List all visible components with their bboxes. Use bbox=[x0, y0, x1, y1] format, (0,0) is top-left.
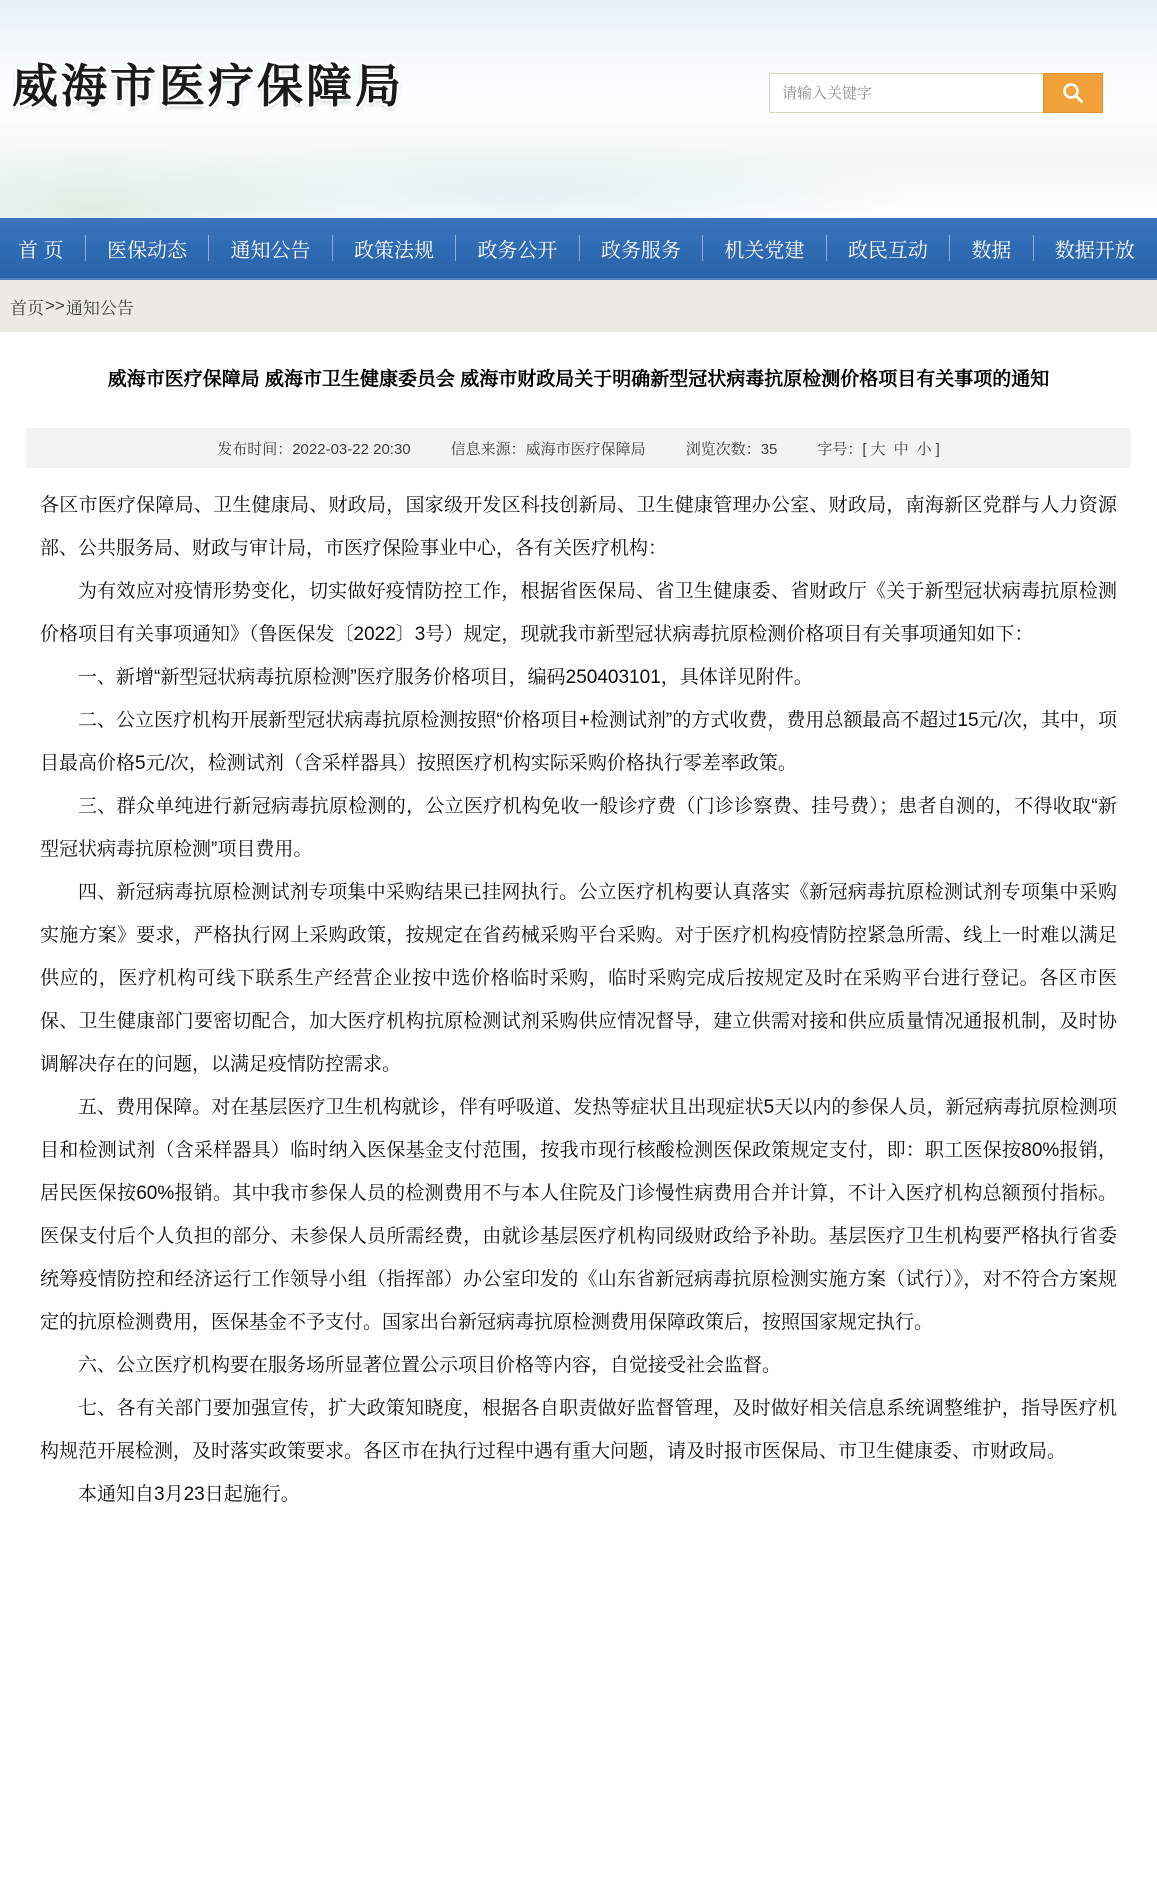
paragraph-item-3: 三、群众单纯进行新冠病毒抗原检测的，公立医疗机构免收一般诊疗费（门诊诊察费、挂号… bbox=[40, 785, 1117, 871]
nav-separator bbox=[702, 235, 703, 261]
breadcrumb: 首页 >> 通知公告 bbox=[0, 278, 1157, 332]
nav-separator bbox=[208, 235, 209, 261]
nav-separator bbox=[949, 235, 950, 261]
paragraph-intro: 为有效应对疫情形势变化，切实做好疫情防控工作，根据省医保局、省卫生健康委、省财政… bbox=[40, 570, 1117, 656]
nav-item-gov-open[interactable]: 政务公开 bbox=[469, 234, 565, 263]
paragraph-item-4: 四、新冠病毒抗原检测试剂专项集中采购结果已挂网执行。公立医疗机构要认真落实《新冠… bbox=[40, 871, 1117, 1086]
font-size-large[interactable]: 大 bbox=[871, 441, 886, 458]
nav-item-open-data[interactable]: 数据开放 bbox=[1047, 234, 1143, 263]
paragraph-item-6: 六、公立医疗机构要在服务场所显著位置公示项目价格等内容，自觉接受社会监督。 bbox=[40, 1344, 1117, 1387]
nav-item-data[interactable]: 数据 bbox=[963, 234, 1019, 263]
breadcrumb-separator: >> bbox=[45, 296, 65, 316]
search-input[interactable] bbox=[769, 73, 1043, 113]
font-size-control: 字号：[大中小] bbox=[817, 438, 939, 459]
nav-separator bbox=[85, 235, 86, 261]
nav-item-home[interactable]: 首 页 bbox=[10, 234, 72, 263]
site-header: 威海市医疗保障局 bbox=[0, 0, 1157, 218]
site-logo: 威海市医疗保障局 bbox=[12, 50, 404, 116]
nav-item-notices[interactable]: 通知公告 bbox=[223, 234, 319, 263]
nav-item-medical-news[interactable]: 医保动态 bbox=[99, 234, 195, 263]
nav-separator bbox=[579, 235, 580, 261]
article-body: 各区市医疗保障局、卫生健康局、财政局，国家级开发区科技创新局、卫生健康管理办公室… bbox=[40, 484, 1117, 1516]
breadcrumb-home-link[interactable]: 首页 bbox=[10, 294, 44, 319]
article-meta: 发布时间：2022-03-22 20:30 信息来源：威海市医疗保障局 浏览次数… bbox=[26, 428, 1131, 468]
site-search bbox=[769, 73, 1103, 113]
font-size-medium[interactable]: 中 bbox=[894, 441, 909, 458]
article: 威海市医疗保障局 威海市卫生健康委员会 威海市财政局关于明确新型冠状病毒抗原检测… bbox=[0, 332, 1157, 1536]
paragraph-effective-date: 本通知自3月23日起施行。 bbox=[40, 1473, 1117, 1516]
nav-separator bbox=[455, 235, 456, 261]
article-title: 威海市医疗保障局 威海市卫生健康委员会 威海市财政局关于明确新型冠状病毒抗原检测… bbox=[40, 368, 1117, 392]
breadcrumb-section-link[interactable]: 通知公告 bbox=[66, 294, 134, 319]
search-button[interactable] bbox=[1043, 73, 1103, 113]
paragraph-item-7: 七、各有关部门要加强宣传，扩大政策知晓度，根据各自职责做好监督管理，及时做好相关… bbox=[40, 1387, 1117, 1473]
paragraph-addressees: 各区市医疗保障局、卫生健康局、财政局，国家级开发区科技创新局、卫生健康管理办公室… bbox=[40, 484, 1117, 570]
nav-separator bbox=[1033, 235, 1034, 261]
nav-item-public-interaction[interactable]: 政民互动 bbox=[840, 234, 936, 263]
paragraph-item-5: 五、费用保障。对在基层医疗卫生机构就诊，伴有呼吸道、发热等症状且出现症状5天以内… bbox=[40, 1086, 1117, 1344]
font-size-small[interactable]: 小 bbox=[917, 441, 932, 458]
nav-separator bbox=[826, 235, 827, 261]
nav-separator bbox=[332, 235, 333, 261]
main-nav: 首 页 医保动态 通知公告 政策法规 政务公开 政务服务 机关党建 政民互动 数… bbox=[0, 218, 1157, 278]
paragraph-item-1: 一、新增“新型冠状病毒抗原检测”医疗服务价格项目，编码250403101，具体详… bbox=[40, 656, 1117, 699]
search-icon bbox=[1060, 80, 1086, 106]
paragraph-item-2: 二、公立医疗机构开展新型冠状病毒抗原检测按照“价格项目+检测试剂”的方式收费，费… bbox=[40, 699, 1117, 785]
info-source: 信息来源：威海市医疗保障局 bbox=[451, 438, 646, 459]
nav-item-party-building[interactable]: 机关党建 bbox=[716, 234, 812, 263]
nav-item-policies[interactable]: 政策法规 bbox=[346, 234, 442, 263]
view-count: 浏览次数：35 bbox=[686, 438, 778, 459]
publish-time: 发布时间：2022-03-22 20:30 bbox=[217, 438, 410, 459]
nav-item-gov-services[interactable]: 政务服务 bbox=[593, 234, 689, 263]
